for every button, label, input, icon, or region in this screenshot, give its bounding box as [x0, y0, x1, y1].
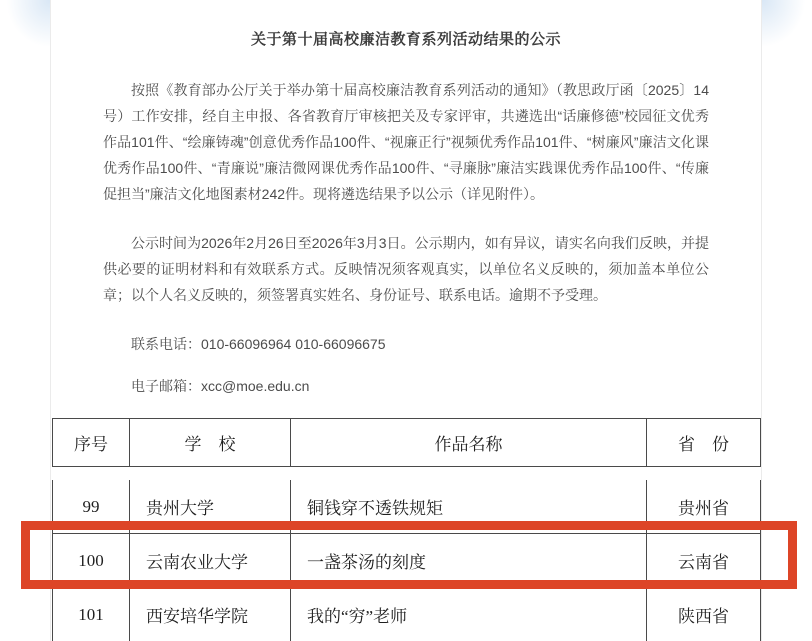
body-paragraph-2: 公示时间为2026年2月26日至2026年3月3日。公示期内，如有异议，请实名向…: [103, 230, 709, 308]
cell-province: 云南省: [647, 534, 761, 588]
cell-work: 铜钱穿不透铁规矩: [291, 480, 647, 534]
cell-school: 云南农业大学: [130, 534, 291, 588]
cell-province: 陕西省: [647, 588, 761, 641]
table-row-100-highlighted: 100 云南农业大学 一盏茶汤的刻度 云南省: [53, 534, 761, 588]
table-row-99: 99 贵州大学 铜钱穿不透铁规矩 贵州省: [53, 480, 761, 534]
page-edge-tint-left: [0, 0, 50, 66]
contact-phone: 联系电话：010-66096964 010-66096675: [103, 331, 709, 357]
cell-work: 我的“穷”老师: [291, 588, 647, 641]
cell-no: 99: [53, 480, 130, 534]
header-cell-province: 省 份: [647, 419, 761, 467]
table-row-101: 101 西安培华学院 我的“穷”老师 陕西省: [53, 588, 761, 641]
cell-no: 100: [53, 534, 130, 588]
cell-no: 101: [53, 588, 130, 641]
cell-work: 一盏茶汤的刻度: [291, 534, 647, 588]
cell-school: 西安培华学院: [130, 588, 291, 641]
header-cell-work: 作品名称: [291, 419, 647, 467]
table-header-row: 序号 学 校 作品名称 省 份: [53, 419, 761, 467]
announcement-body: 关于第十届高校廉洁教育系列活动结果的公示 按照《教育部办公厅关于举办第十届高校廉…: [51, 0, 761, 399]
cell-province: 贵州省: [647, 480, 761, 534]
results-table-body: 99 贵州大学 铜钱穿不透铁规矩 贵州省 100 云南农业大学 一盏茶汤的刻度 …: [52, 480, 761, 641]
header-cell-school: 学 校: [130, 419, 291, 467]
contact-email: 电子邮箱：xcc@moe.edu.cn: [103, 373, 709, 399]
header-cell-no: 序号: [53, 419, 130, 467]
body-paragraph-1: 按照《教育部办公厅关于举办第十届高校廉洁教育系列活动的通知》（教思政厅函〔202…: [103, 77, 709, 207]
page-title: 关于第十届高校廉洁教育系列活动结果的公示: [103, 28, 709, 49]
results-table-header: 序号 学 校 作品名称 省 份: [52, 418, 761, 467]
cell-school: 贵州大学: [130, 480, 291, 534]
results-table-section: 序号 学 校 作品名称 省 份 99 贵州大学 铜钱穿不透铁规矩 贵州省 100…: [52, 418, 760, 641]
page-edge-tint-right: [762, 0, 812, 66]
